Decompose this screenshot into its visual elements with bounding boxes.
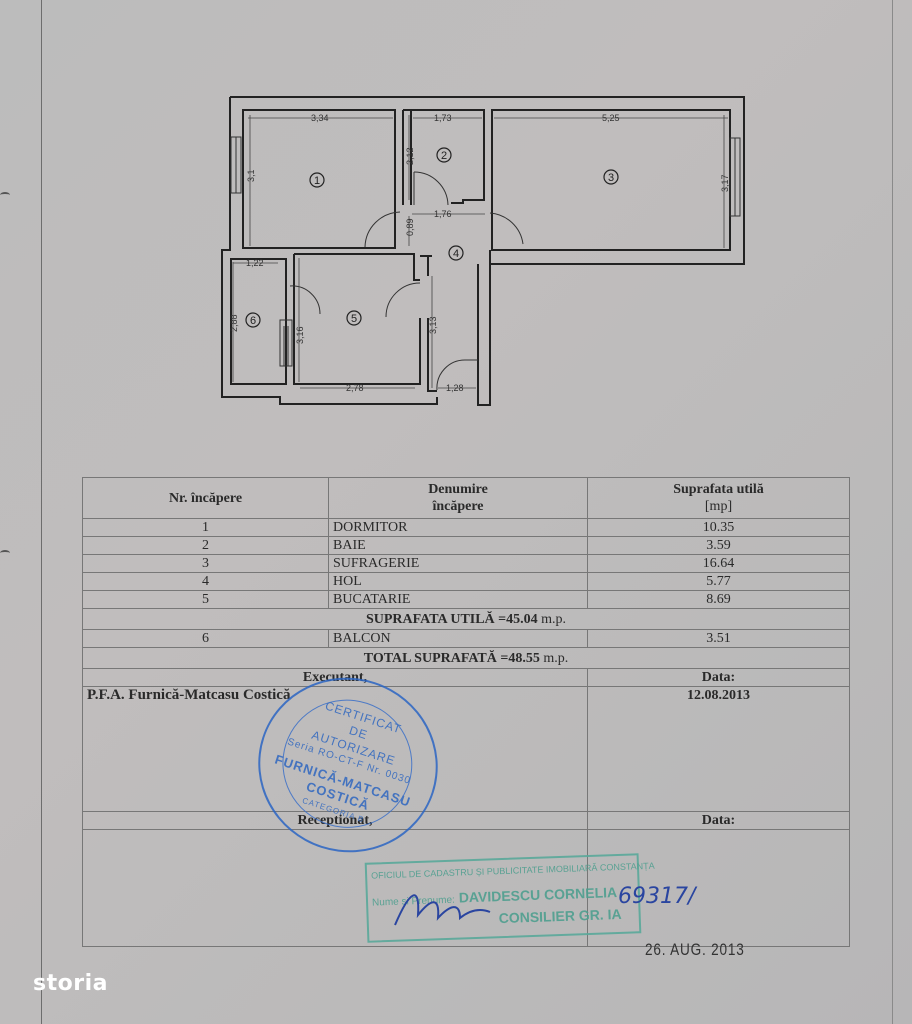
table-row: 3SUFRAGERIE16.64 [83, 555, 850, 573]
grand-total-row: TOTAL SUPRAFATĂ =48.55 m.p. [83, 648, 850, 669]
floor-plan: 3,34 1,73 5,25 3,1 2,12 3,17 1,76 0,89 1… [0, 0, 912, 470]
dimension-label: 3,13 [428, 316, 438, 334]
room-number: 5 [351, 313, 357, 325]
punch-hole-mark [0, 550, 10, 556]
useful-total-row: SUPRAFATA UTILĂ =45.04 m.p. [83, 609, 850, 630]
executant-row: P.F.A. Furnică-Matcasu Costică 12.08.201… [83, 687, 850, 812]
dimension-label: 1,28 [446, 383, 464, 393]
table-row: 1DORMITOR10.35 [83, 519, 850, 537]
dimension-label: 1,22 [246, 258, 264, 268]
dimension-label: 3,34 [311, 113, 329, 123]
table-row: 5BUCATARIE8.69 [83, 591, 850, 609]
dimension-label: 2,78 [346, 383, 364, 393]
dimension-label: 3,16 [295, 326, 305, 344]
receptionat-header-row: Receptionat, Data: [83, 812, 850, 830]
registration-number: 69317/ [618, 884, 695, 909]
dimension-label: 5,25 [602, 113, 620, 123]
table-row: 4HOL5.77 [83, 573, 850, 591]
room-number: 4 [453, 248, 459, 260]
table-row: 6BALCON3.51 [83, 630, 850, 648]
dimension-label: 2,12 [405, 147, 415, 165]
room-number: 1 [314, 175, 320, 187]
executant-header-row: Executant, Data: [83, 669, 850, 687]
room-number: 6 [250, 315, 256, 327]
header-area: Suprafata utilă[mp] [588, 478, 850, 519]
executant-date: 12.08.2013 [588, 687, 850, 812]
dimension-label: 3,17 [720, 174, 730, 192]
table-header-row: Nr. încăpere Denumireîncăpere Suprafata … [83, 478, 850, 519]
reception-date-stamp: 26. AUG. 2013 [645, 940, 745, 960]
header-name: Denumireîncăpere [329, 478, 588, 519]
dimension-label: 1,76 [434, 209, 452, 219]
room-number: 2 [441, 150, 447, 162]
dimension-label: 1,73 [434, 113, 452, 123]
dimension-label: 2,88 [229, 314, 239, 332]
storia-logo: storia [33, 971, 108, 996]
signature [390, 880, 500, 930]
header-nr: Nr. încăpere [83, 478, 329, 519]
table-row: 2BAIE3.59 [83, 537, 850, 555]
room-number: 3 [608, 172, 614, 184]
dimension-label: 3,1 [246, 169, 256, 182]
dimension-label: 0,89 [405, 218, 415, 236]
